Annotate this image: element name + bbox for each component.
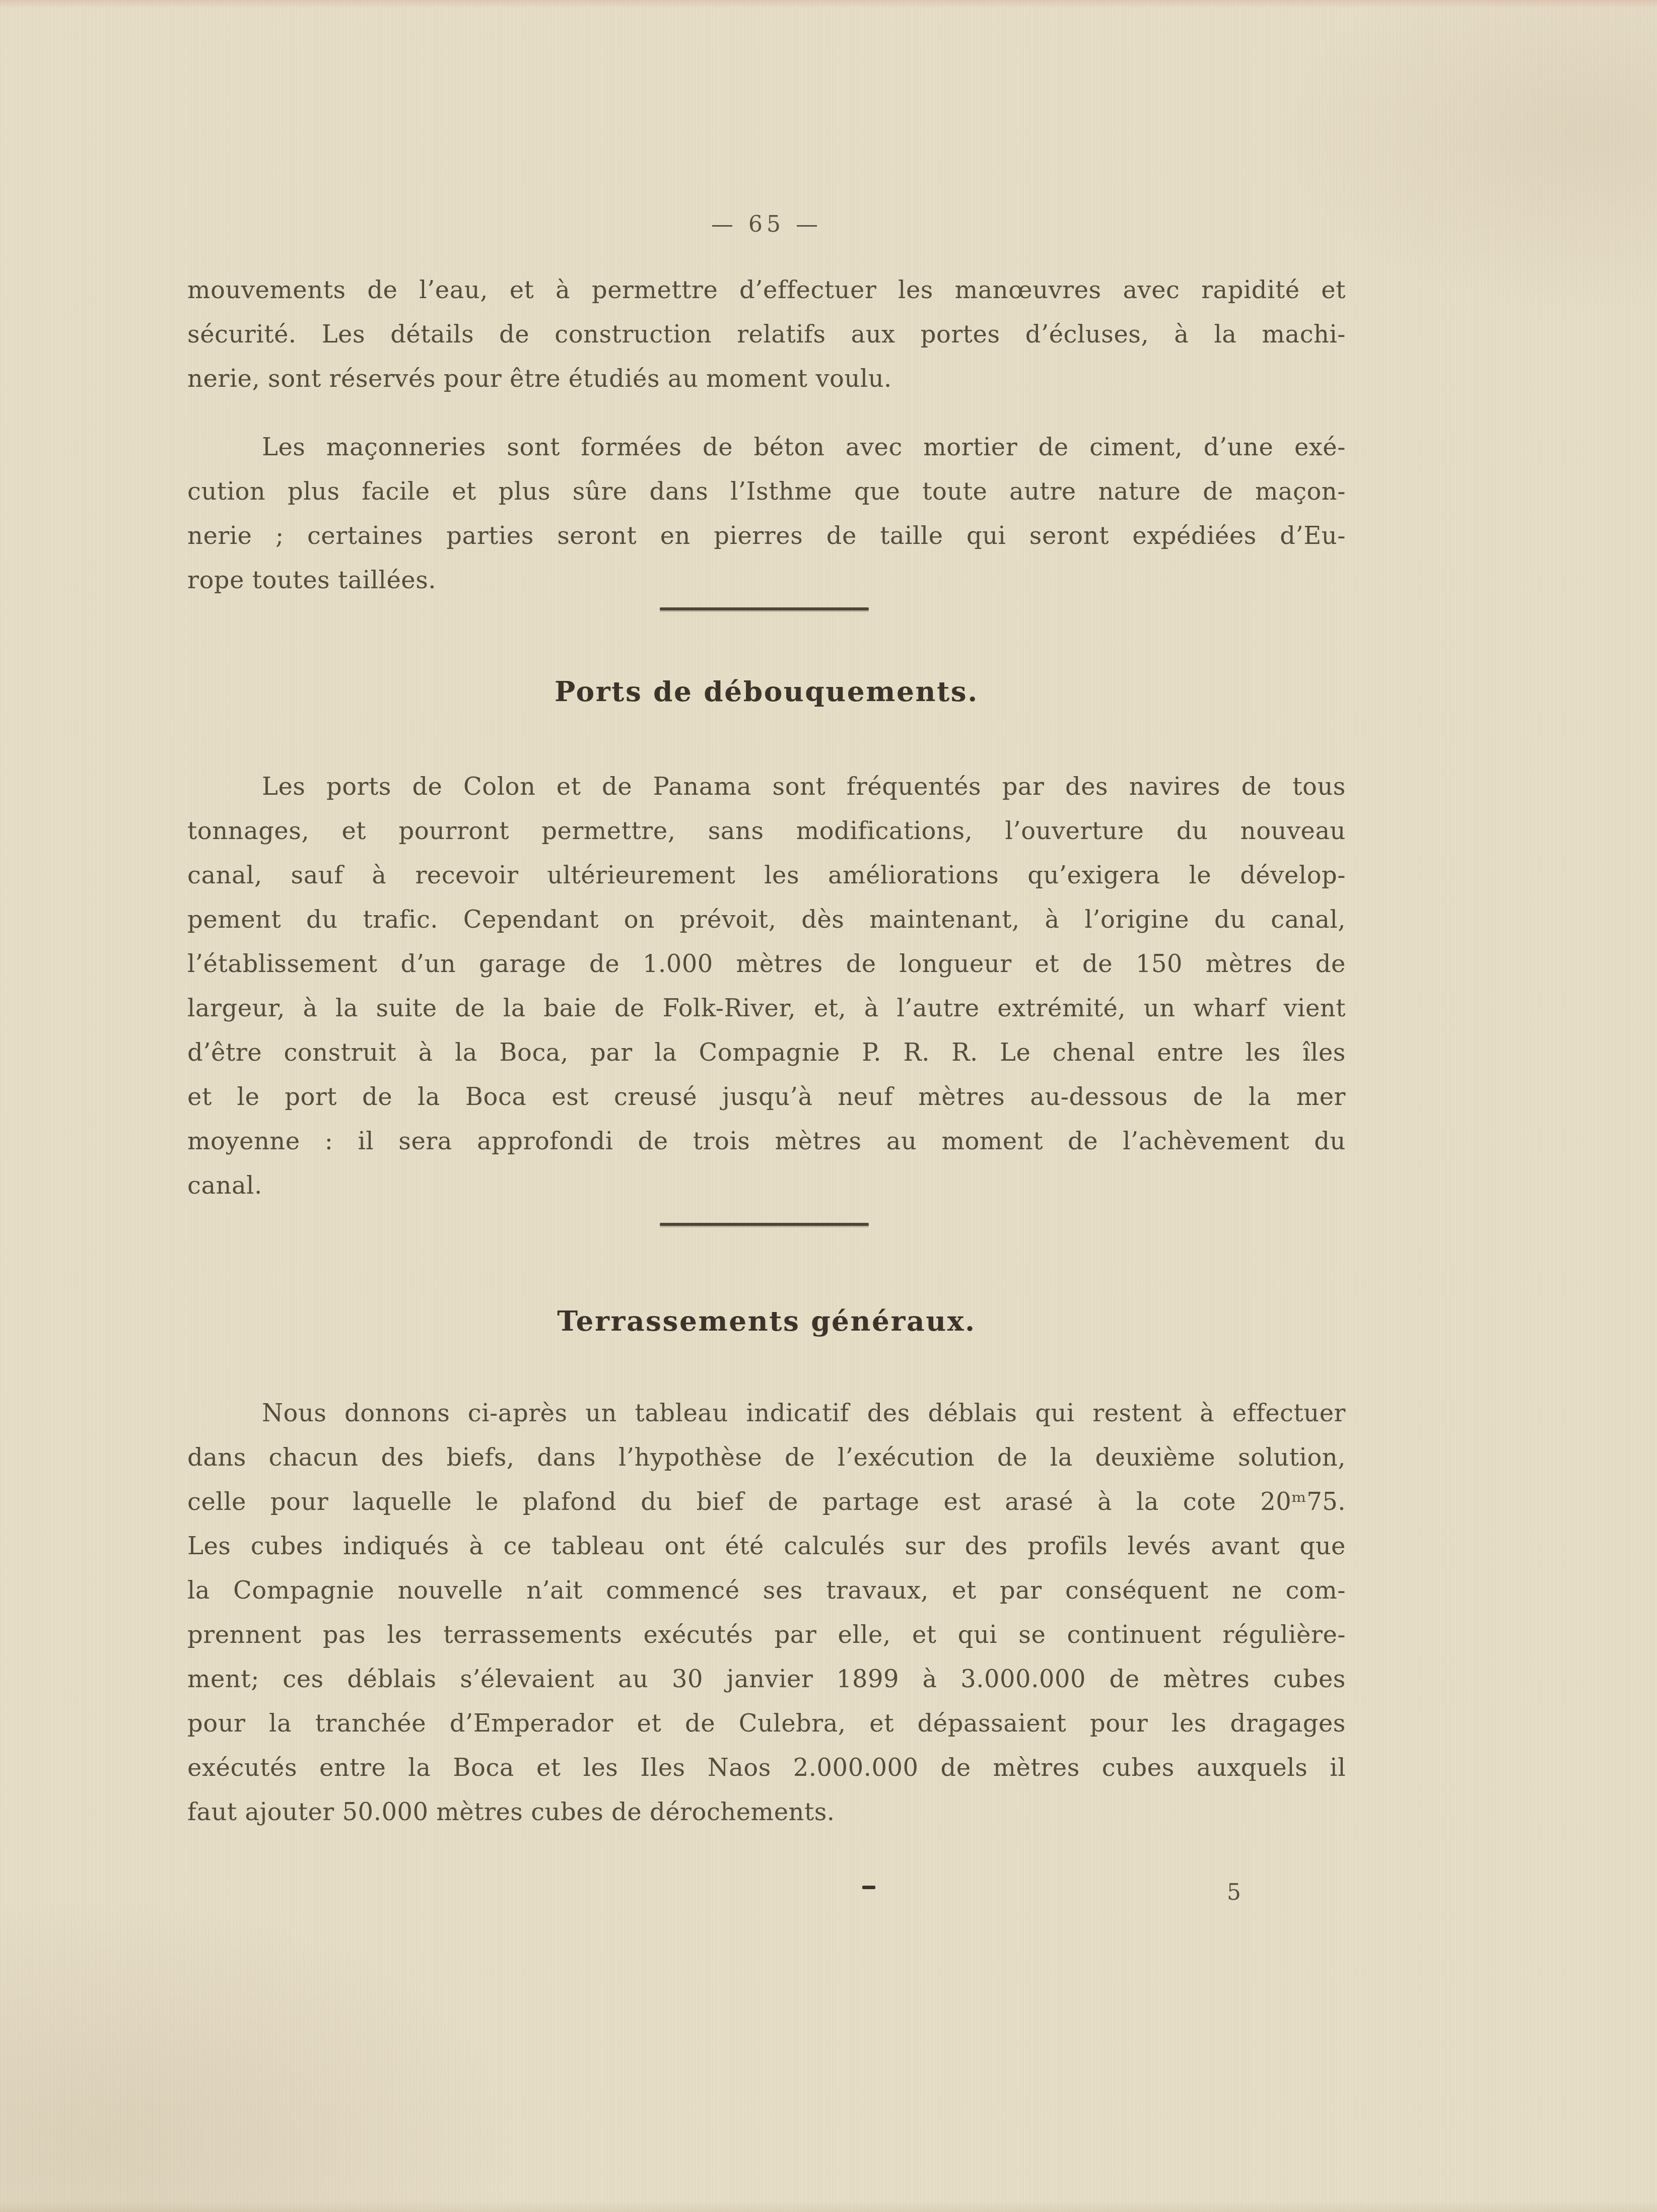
footer-dash-mark	[862, 1886, 875, 1889]
paragraph-line: pement du trafic. Cependant on prévoit, …	[187, 897, 1346, 942]
scanned-book-page: — 65 — mouvements de l’eau, et à permett…	[0, 0, 1657, 2212]
paragraph-line: pour la tranchée d’Emperador et de Culeb…	[187, 1701, 1346, 1746]
section-divider-rule	[660, 1223, 869, 1226]
section-heading-ports: Ports de débouquements.	[187, 675, 1346, 708]
paragraph-line: Les cubes indiqués à ce tableau ont été …	[187, 1524, 1346, 1568]
paragraph-line: canal.	[187, 1163, 1346, 1208]
paragraph-line: nerie ; certaines parties seront en pier…	[187, 514, 1346, 558]
page-number: — 65 —	[187, 212, 1346, 237]
paragraph-line: la Compagnie nouvelle n’ait commencé ses…	[187, 1568, 1346, 1613]
paragraph-line: canal, sauf à recevoir ultérieurement le…	[187, 853, 1346, 897]
paragraph-line: Les maçonneries sont formées de béton av…	[187, 425, 1346, 469]
section-heading-terrassements: Terrassements généraux.	[187, 1304, 1346, 1337]
paragraph-terrassements: Nous donnons ci-après un tableau indicat…	[187, 1391, 1346, 1834]
paragraph-line: d’être construit à la Boca, par la Compa…	[187, 1030, 1346, 1075]
paragraph-line: ment; ces déblais s’élevaient au 30 janv…	[187, 1657, 1346, 1701]
paragraph-line: exécutés entre la Boca et les Iles Naos …	[187, 1746, 1346, 1790]
paragraph-line: largeur, à la suite de la baie de Folk-R…	[187, 986, 1346, 1030]
paragraph-line: tonnages, et pourront permettre, sans mo…	[187, 809, 1346, 853]
paragraph-line: nerie, sont réservés pour être étudiés a…	[187, 357, 1346, 401]
paragraph-line: Les ports de Colon et de Panama sont fré…	[187, 765, 1346, 809]
signature-mark: 5	[1227, 1880, 1241, 1905]
paragraph-line: et le port de la Boca est creusé jusqu’à…	[187, 1075, 1346, 1119]
paragraph-line: Nous donnons ci-après un tableau indicat…	[187, 1391, 1346, 1435]
paragraph-line: cution plus facile et plus sûre dans l’I…	[187, 469, 1346, 514]
section-divider-rule	[660, 607, 869, 610]
paragraph-line: faut ajouter 50.000 mètres cubes de déro…	[187, 1790, 1346, 1834]
paragraph-line: celle pour laquelle le plafond du bief d…	[187, 1480, 1346, 1524]
paragraph-line: rope toutes taillées.	[187, 558, 1346, 602]
paragraph-line: prennent pas les terrassements exécutés …	[187, 1613, 1346, 1657]
paragraph-line: moyenne : il sera approfondi de trois mè…	[187, 1119, 1346, 1163]
paragraph-ports: Les ports de Colon et de Panama sont fré…	[187, 765, 1346, 1208]
paragraph-line: sécurité. Les détails de construction re…	[187, 312, 1346, 357]
paragraph-line: mouvements de l’eau, et à permettre d’ef…	[187, 268, 1346, 312]
paragraph-line: dans chacun des biefs, dans l’hypothèse …	[187, 1435, 1346, 1480]
paragraph-line: l’établissement d’un garage de 1.000 mèt…	[187, 942, 1346, 986]
paragraph-masonry: Les maçonneries sont formées de béton av…	[187, 425, 1346, 602]
paragraph-continuation: mouvements de l’eau, et à permettre d’ef…	[187, 268, 1346, 401]
